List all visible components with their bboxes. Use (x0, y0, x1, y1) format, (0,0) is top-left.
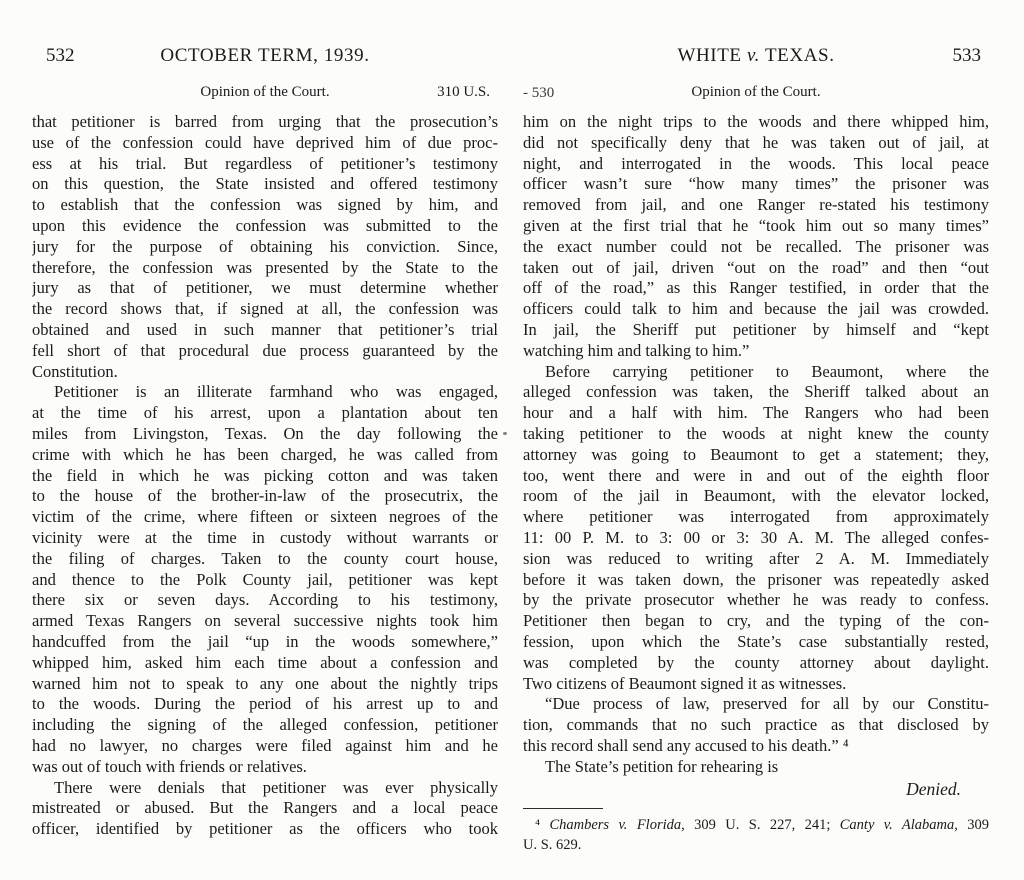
text-line: removed from jail, and one Ranger re-sta… (523, 195, 989, 216)
text-line: victim of the crime, where fifteen or si… (32, 507, 498, 528)
text-line: jury for the purpose of obtaining his co… (32, 237, 498, 258)
case-title: WHITE v. TEXAS. (523, 45, 989, 67)
text-line: ess at his trial. But regardless of peti… (32, 154, 498, 175)
text-line: mistreated or abused. But the Rangers an… (32, 798, 498, 819)
page-number-right: 533 (953, 45, 982, 67)
text-line: by the private prosecutor whether he was… (523, 590, 989, 611)
text-line: crime with which he has been charged, he… (32, 445, 498, 466)
text-segment: U. S. 629. (523, 837, 581, 853)
text-line: fession, upon which the State’s case sub… (523, 632, 989, 653)
text-line: jury as that of petitioner, we must dete… (32, 278, 498, 299)
text-line: watching him and talking to him.” (523, 341, 989, 362)
italic-text: Chambers v. Florida, (549, 817, 684, 833)
text-line: whipped him, asked him each time about a… (32, 653, 498, 674)
italic-text: v. (747, 45, 760, 66)
text-line: tion, commands that no such practice as … (523, 715, 989, 736)
text-line: and thence to the Polk County jail, peti… (32, 570, 498, 591)
page-left-header: 532 OCTOBER TERM, 1939. (32, 45, 498, 69)
volume-reference: 310 U.S. (437, 84, 490, 101)
text-line: armed Texas Rangers on several successiv… (32, 611, 498, 632)
text-line: fell short of that procedural due proces… (32, 341, 498, 362)
text-line: hour and a half with him. The Rangers wh… (523, 403, 989, 424)
text-line: before it was taken down, the prisoner w… (523, 570, 989, 591)
text-line: this record shall send any accused to hi… (523, 736, 989, 757)
text-line: Petitioner then began to cry, and the ty… (523, 611, 989, 632)
text-line: taking petitioner to the woods at night … (523, 424, 989, 445)
text-line: warned him not to speak to any one about… (32, 674, 498, 695)
text-segment: WHITE (677, 45, 747, 66)
text-line: The State’s petition for rehearing is (523, 757, 989, 778)
text-line: off of the road,” as this Ranger testifi… (523, 278, 989, 299)
text-line: to establish that the confession was sig… (32, 195, 498, 216)
page-right-header: WHITE v. TEXAS. 533 (523, 45, 989, 69)
text-line: given at the first trial that he “took h… (523, 216, 989, 237)
text-line: officer, identified by petitioner as the… (32, 819, 498, 840)
text-line: therefore, the confession was presented … (32, 258, 498, 279)
text-line: to the woods. During the period of his a… (32, 694, 498, 715)
text-line: including the signing of the alleged con… (32, 715, 498, 736)
text-segment: 309 (958, 817, 989, 833)
page-left: 532 OCTOBER TERM, 1939. Opinion of the C… (32, 0, 498, 880)
page-left-subheader: Opinion of the Court. 310 U.S. (32, 84, 498, 104)
text-line: the exact number could not be recalled. … (523, 237, 989, 258)
text-line: handcuffed from the jail “up in the wood… (32, 632, 498, 653)
page-left-body: that petitioner is barred from urging th… (32, 112, 498, 840)
text-line: that petitioner is barred from urging th… (32, 112, 498, 133)
page-right-subheader: - 530 Opinion of the Court. (523, 84, 989, 104)
text-line: In jail, the Sheriff put petitioner by h… (523, 320, 989, 341)
text-line: too, went there and were in and out of t… (523, 466, 989, 487)
page-number-left: 532 (46, 45, 75, 67)
text-line: Two citizens of Beaumont signed it as wi… (523, 674, 989, 695)
footnote-line: ⁴ Chambers v. Florida, 309 U. S. 227, 24… (523, 815, 989, 836)
scanned-book-spread: { "colors": { "paper": "#fcfcfa", "ink":… (0, 0, 1024, 880)
text-segment: TEXAS. (760, 45, 835, 66)
text-line: Before carrying petitioner to Beaumont, … (523, 362, 989, 383)
text-line: had no lawyer, no charges were filed aga… (32, 736, 498, 757)
text-line: at the time of his arrest, upon a planta… (32, 403, 498, 424)
text-line: the filing of charges. Taken to the coun… (32, 549, 498, 570)
text-line: on this question, the State insisted and… (32, 174, 498, 195)
text-line: Constitution. (32, 362, 498, 383)
text-line: officer wasn’t sure “how many times” the… (523, 174, 989, 195)
text-line: alleged confession was taken, the Sherif… (523, 382, 989, 403)
running-head-left: OCTOBER TERM, 1939. (32, 45, 498, 67)
text-line: night, and interrogated in the woods. Th… (523, 154, 989, 175)
subhead-right: Opinion of the Court. (523, 84, 989, 101)
text-segment: ⁴ (535, 817, 549, 833)
denied-disposition: Denied. (523, 779, 989, 801)
italic-text: Canty v. Alabama, (840, 817, 958, 833)
text-line: the field in which he was picking cotton… (32, 466, 498, 487)
text-line: where petitioner was interrogated from a… (523, 507, 989, 528)
text-line: him on the night trips to the woods and … (523, 112, 989, 133)
text-line: was completed by the county attorney abo… (523, 653, 989, 674)
footnote-rule (523, 808, 603, 809)
text-line: 11: 00 P. M. to 3: 00 or 3: 30 A. M. The… (523, 528, 989, 549)
text-line: sion was reduced to writing after 2 A. M… (523, 549, 989, 570)
footnote: ⁴ Chambers v. Florida, 309 U. S. 227, 24… (523, 808, 989, 857)
text-line: obtained and used in such manner that pe… (32, 320, 498, 341)
margin-mark (503, 432, 507, 435)
subhead-left: Opinion of the Court. (32, 84, 498, 101)
text-line: “Due process of law, preserved for all b… (523, 694, 989, 715)
text-line: There were denials that petitioner was e… (32, 778, 498, 799)
text-line: use of the confession could have deprive… (32, 133, 498, 154)
text-line: the record shows that, if signed at all,… (32, 299, 498, 320)
text-line: attorney was going to Beaumont to get a … (523, 445, 989, 466)
page-right-paragraphs: him on the night trips to the woods and … (523, 112, 989, 778)
text-line: to the house of the brother-in-law of th… (32, 486, 498, 507)
text-line: officers could talk to him and because t… (523, 299, 989, 320)
text-line: vicinity were at the time in custody wit… (32, 528, 498, 549)
footnote-line: U. S. 629. (523, 835, 989, 856)
text-line: upon this evidence the confession was su… (32, 216, 498, 237)
text-line: room of the jail in Beaumont, with the e… (523, 486, 989, 507)
margin-note: - 530 (523, 85, 554, 102)
text-line: was out of touch with friends or relativ… (32, 757, 498, 778)
text-line: Petitioner is an illiterate farmhand who… (32, 382, 498, 403)
text-line: there six or seven days. According to hi… (32, 590, 498, 611)
page-right: WHITE v. TEXAS. 533 - 530 Opinion of the… (523, 0, 989, 880)
text-line: miles from Livingston, Texas. On the day… (32, 424, 498, 445)
text-line: did not specifically deny that he was ta… (523, 133, 989, 154)
text-line: taken out of jail, driven “out on the ro… (523, 258, 989, 279)
text-segment: 309 U. S. 227, 241; (685, 817, 840, 833)
page-right-body: him on the night trips to the woods and … (523, 112, 989, 856)
